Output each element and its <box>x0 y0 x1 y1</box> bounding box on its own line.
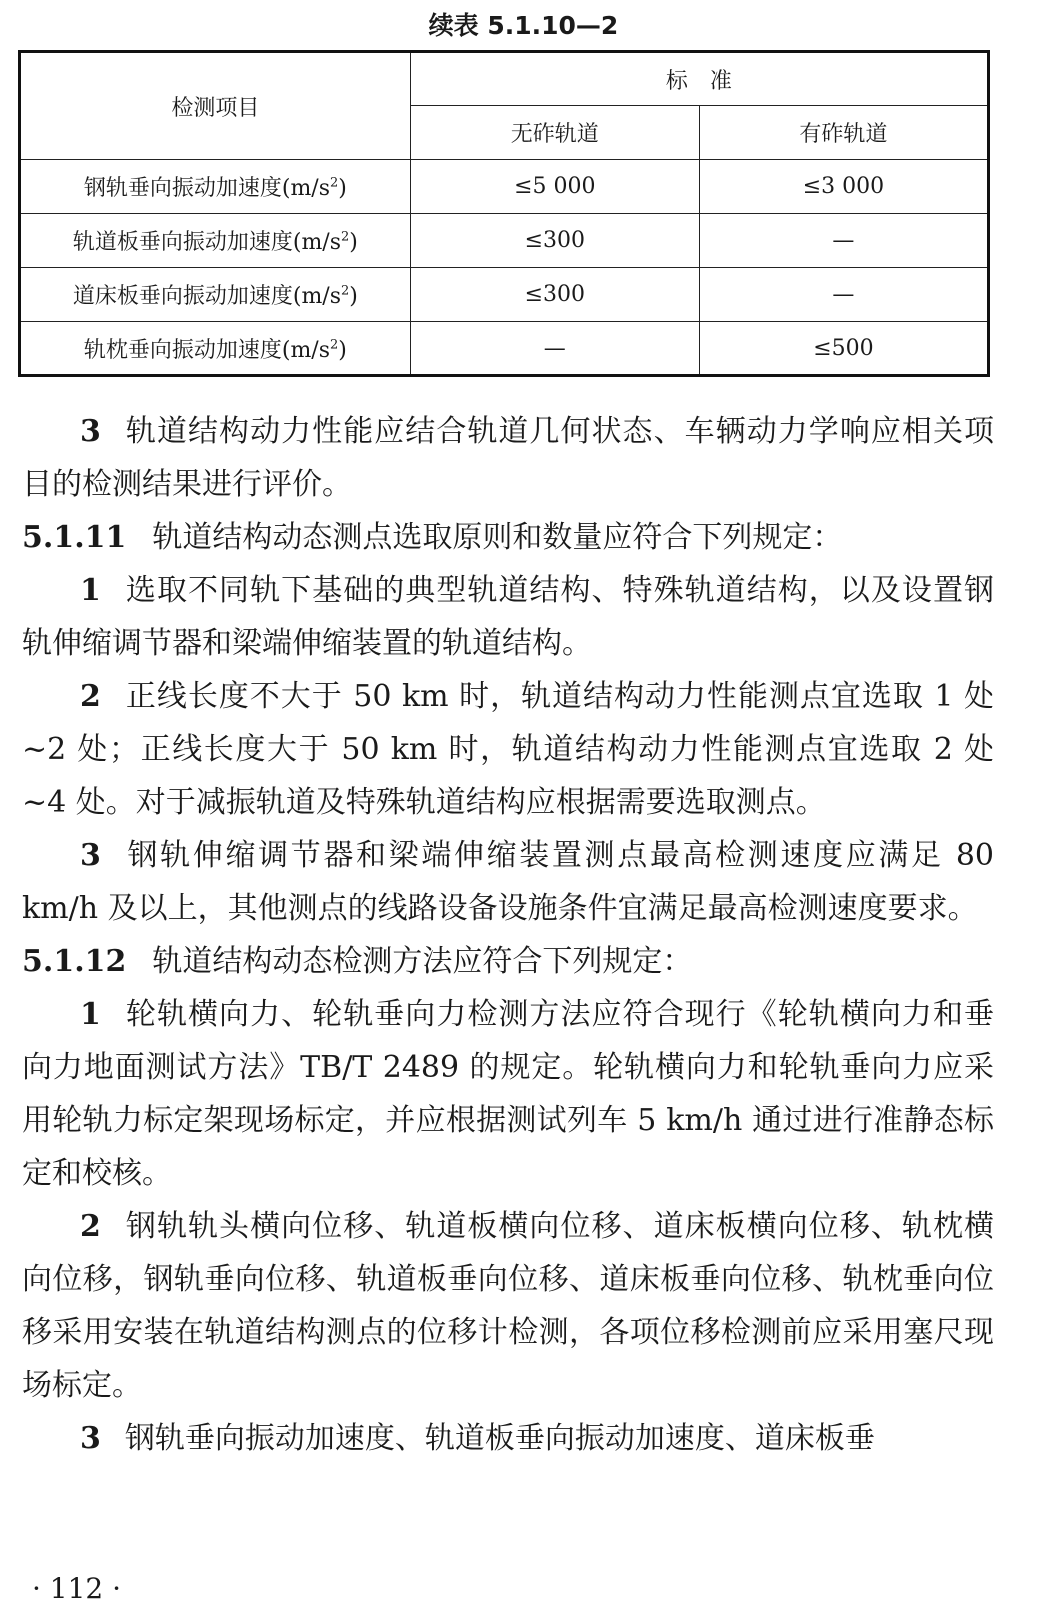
table-row: 轨枕垂向振动加速度(m/s2) — ≤500 <box>20 322 989 376</box>
page-number: · 112 · <box>32 1572 121 1605</box>
clause-5-1-11-item-3: 3钢轨伸缩调节器和梁端伸缩装置测点最高检测速度应满足 80 km/h 及以上，其… <box>22 829 994 935</box>
clause-5-1-12-item-2: 2钢轨轨头横向位移、轨道板横向位移、道床板横向位移、轨枕横向位移，钢轨垂向位移、… <box>22 1200 994 1412</box>
row-ballasted-value: — <box>699 214 988 268</box>
row-ballastless-value: ≤300 <box>410 268 699 322</box>
row-ballastless-value: ≤5 000 <box>410 160 699 214</box>
clause-5-1-11-item-1: 1选取不同轨下基础的典型轨道结构、特殊轨道结构，以及设置钢轨伸缩调节器和梁端伸缩… <box>22 564 994 670</box>
table-row: 道床板垂向振动加速度(m/s2) ≤300 — <box>20 268 989 322</box>
clause-5-1-11-item-2: 2正线长度不大于 50 km 时，轨道结构动力性能测点宜选取 1 处 ~2 处；… <box>22 670 994 829</box>
clause-5-1-12-item-3: 3钢轨垂向振动加速度、轨道板垂向振动加速度、道床板垂 <box>22 1412 994 1465</box>
row-item: 钢轨垂向振动加速度(m/s2) <box>20 160 411 214</box>
row-item: 道床板垂向振动加速度(m/s2) <box>20 268 411 322</box>
header-ballasted: 有砟轨道 <box>699 106 988 160</box>
row-ballasted-value: ≤3 000 <box>699 160 988 214</box>
header-inspection-item: 检测项目 <box>20 52 411 160</box>
row-ballasted-value: — <box>699 268 988 322</box>
paragraph-item-3: 3轨道结构动力性能应结合轨道几何状态、车辆动力学响应相关项目的检测结果进行评价。 <box>22 405 994 511</box>
header-standard: 标 准 <box>410 52 988 106</box>
body-text: 3轨道结构动力性能应结合轨道几何状态、车辆动力学响应相关项目的检测结果进行评价。… <box>22 405 994 1465</box>
table-row: 钢轨垂向振动加速度(m/s2) ≤5 000 ≤3 000 <box>20 160 989 214</box>
row-item: 轨道板垂向振动加速度(m/s2) <box>20 214 411 268</box>
standards-table: 检测项目 标 准 无砟轨道 有砟轨道 钢轨垂向振动加速度(m/s2) ≤5 00… <box>18 50 990 377</box>
row-ballastless-value: — <box>410 322 699 376</box>
clause-5-1-11: 5.1.11轨道结构动态测点选取原则和数量应符合下列规定： <box>22 511 994 564</box>
table-title: 续表 5.1.10—2 <box>0 6 1047 42</box>
row-ballastless-value: ≤300 <box>410 214 699 268</box>
row-item: 轨枕垂向振动加速度(m/s2) <box>20 322 411 376</box>
clause-5-1-12: 5.1.12轨道结构动态检测方法应符合下列规定： <box>22 935 994 988</box>
header-ballastless: 无砟轨道 <box>410 106 699 160</box>
table-row: 轨道板垂向振动加速度(m/s2) ≤300 — <box>20 214 989 268</box>
row-ballasted-value: ≤500 <box>699 322 988 376</box>
clause-5-1-12-item-1: 1轮轨横向力、轮轨垂向力检测方法应符合现行《轮轨横向力和垂向力地面测试方法》TB… <box>22 988 994 1200</box>
